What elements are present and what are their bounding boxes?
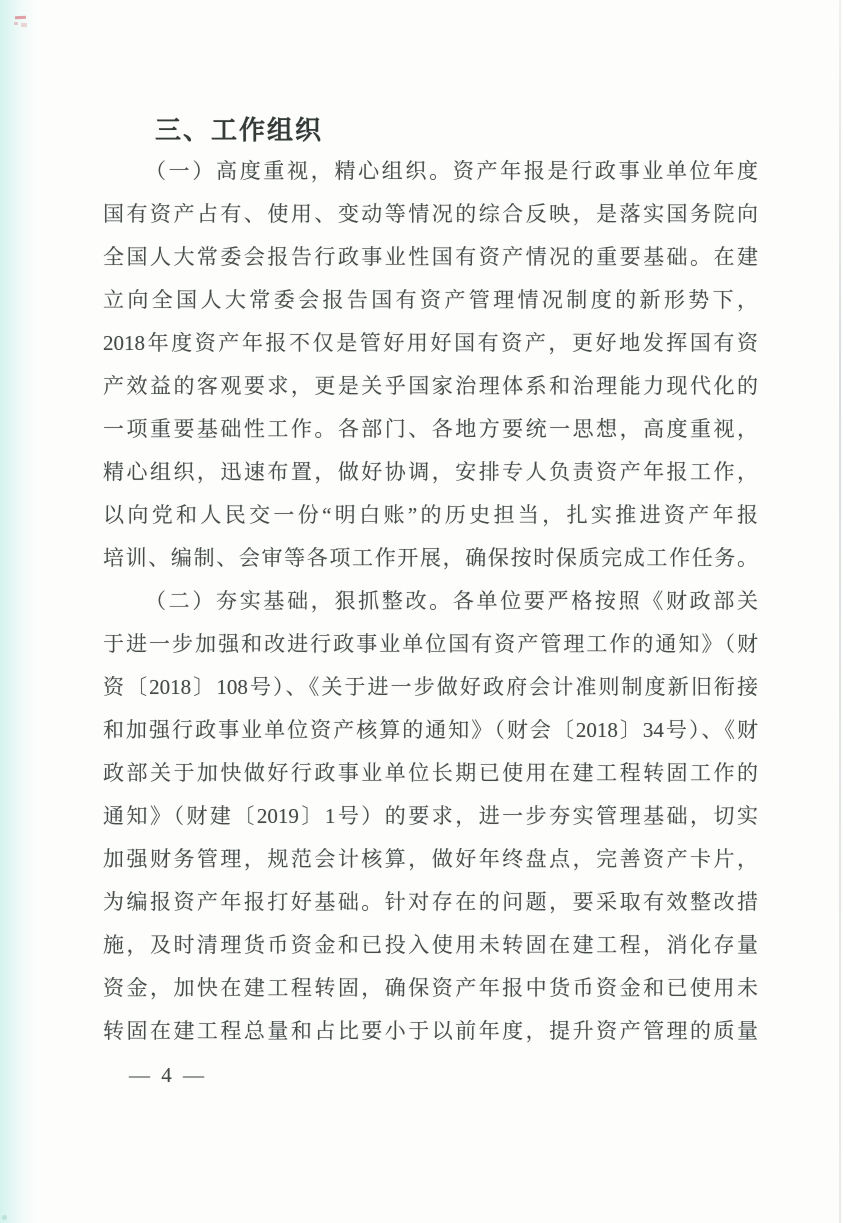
text-line: 资金，加快在建工程转固，确保资产年报中货币资金和已使用未 (103, 967, 758, 1010)
text-line: 资〔2018〕108号）、《关于进一步做好政府会计准则制度新旧衔接 (103, 666, 758, 709)
red-stamp-dot (21, 23, 27, 27)
text-line: 政部关于加快做好行政事业单位长期已使用在建工程转固工作的 (103, 752, 758, 795)
text-line: 培训、编制、会审等各项工作开展，确保按时保质完成工作任务。 (103, 537, 758, 580)
paragraphs-container: （一）高度重视，精心组织。资产年报是行政事业单位年度国有资产占有、使用、变动等情… (103, 150, 758, 1053)
document-page: 三、工作组织 （一）高度重视，精心组织。资产年报是行政事业单位年度国有资产占有、… (0, 0, 843, 1223)
scan-edge-line (839, 0, 841, 1223)
text-line: 转固在建工程总量和占比要小于以前年度，提升资产管理的质量 (103, 1010, 758, 1053)
text-line: 全国人大常委会报告行政事业性国有资产情况的重要基础。在建 (103, 236, 758, 279)
red-stamp-mark (14, 14, 30, 30)
scan-edge-tint (0, 0, 38, 1223)
scan-speck (2, 1215, 7, 1220)
text-line: 2018年度资产年报不仅是管好用好国有资产，更好地发挥国有资 (103, 322, 758, 365)
text-line: 于进一步加强和改进行政事业单位国有资产管理工作的通知》（财 (103, 623, 758, 666)
text-line: 立向全国人大常委会报告国有资产管理情况制度的新形势下， (103, 279, 758, 322)
text-line: 国有资产占有、使用、变动等情况的综合反映，是落实国务院向 (103, 193, 758, 236)
text-line: 精心组织，迅速布置，做好协调，安排专人负责资产年报工作， (103, 451, 758, 494)
document-body: 三、工作组织 （一）高度重视，精心组织。资产年报是行政事业单位年度国有资产占有、… (103, 110, 758, 1053)
text-line: 产效益的客观要求，更是关乎国家治理体系和治理能力现代化的 (103, 365, 758, 408)
text-line: 一项重要基础性工作。各部门、各地方要统一思想，高度重视， (103, 408, 758, 451)
text-line: 施，及时清理货币资金和已投入使用未转固在建工程，消化存量 (103, 924, 758, 967)
text-line: 以向党和人民交一份“明白账”的历史担当，扎实推进资产年报 (103, 494, 758, 537)
text-line: 为编报资产年报打好基础。针对存在的问题，要采取有效整改措 (103, 881, 758, 924)
text-line: （二）夯实基础，狠抓整改。各单位要严格按照《财政部关 (103, 580, 758, 623)
text-line: 加强财务管理，规范会计核算，做好年终盘点，完善资产卡片， (103, 838, 758, 881)
text-line: 通知》（财建〔2019〕1号）的要求，进一步夯实管理基础，切实 (103, 795, 758, 838)
red-stamp-dot (14, 22, 18, 25)
red-stamp-stroke (15, 16, 26, 20)
text-line: （一）高度重视，精心组织。资产年报是行政事业单位年度 (103, 150, 758, 193)
page-number: — 4 — (129, 1063, 207, 1088)
text-line: 和加强行政事业单位资产核算的通知》（财会〔2018〕34号）、《财 (103, 709, 758, 752)
section-heading: 三、工作组织 (103, 110, 758, 150)
